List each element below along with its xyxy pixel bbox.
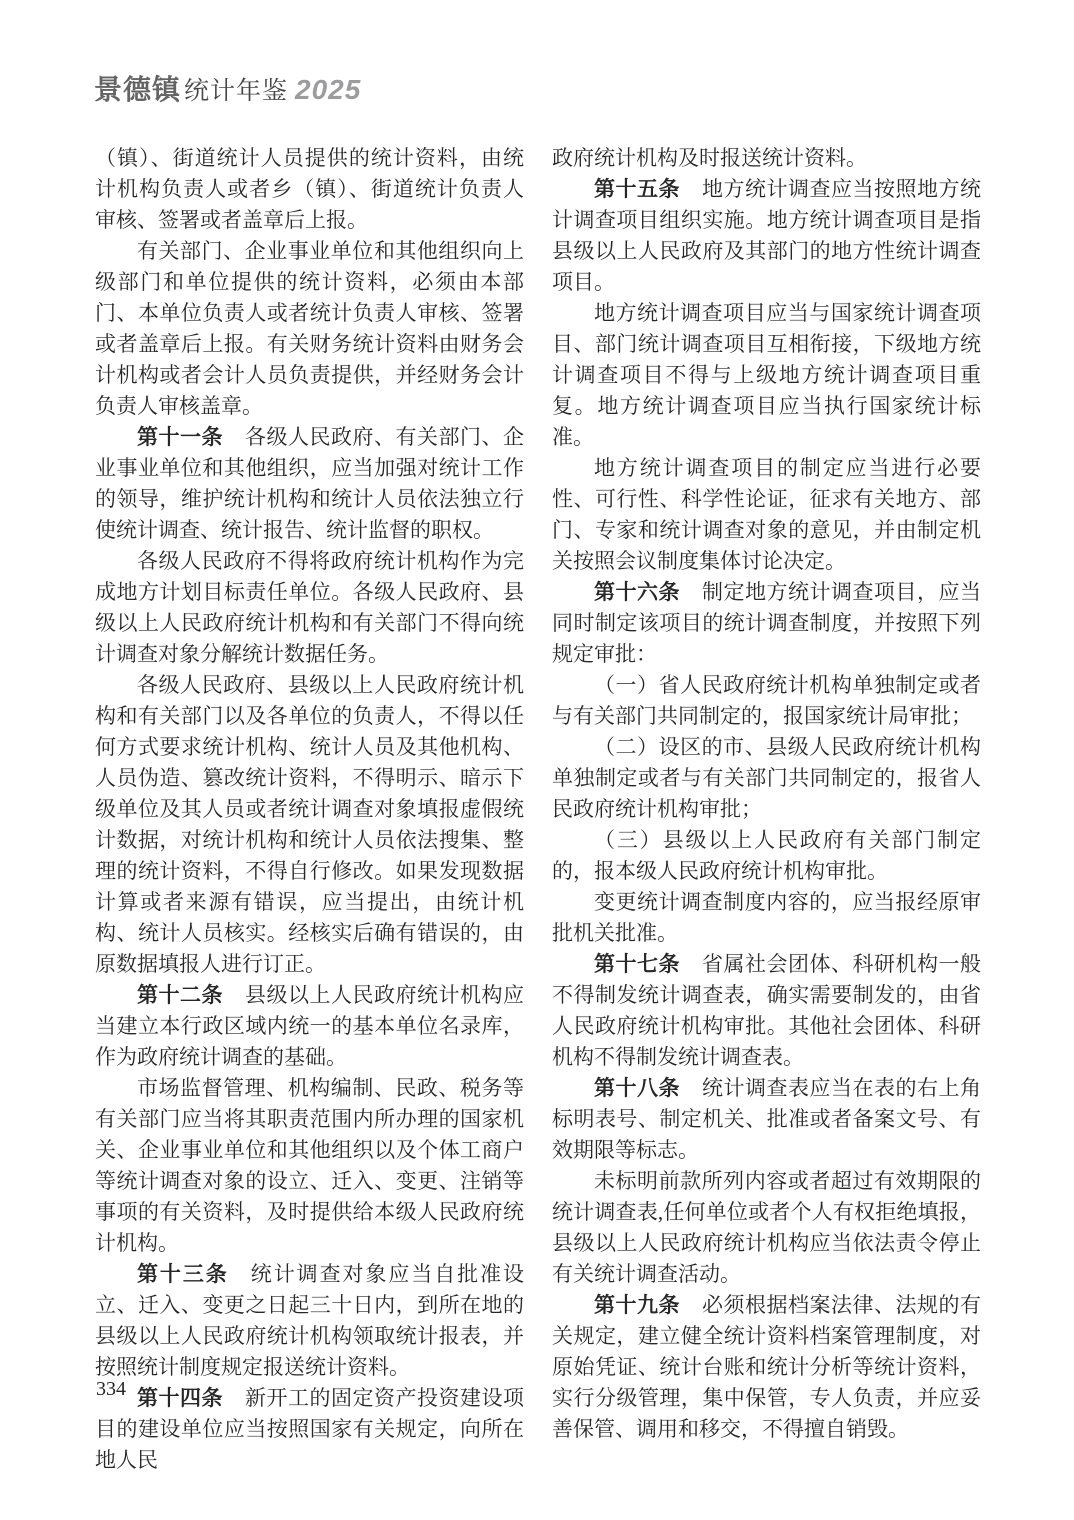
paragraph-text: 各级人民政府不得将政府统计机构作为完成地方计划目标责任单位。各级人民政府、县级以… [95, 549, 524, 666]
paragraph-text: 各级人民政府、县级以上人民政府统计机构和有关部门以及各单位的负责人，不得以任何方… [95, 673, 524, 976]
article-paragraph: 第十六条制定地方统计调查项目，应当同时制定该项目的统计调查制度，并按照下列规定审… [552, 577, 981, 670]
paragraph-text: 地方统计调查项目的制定应当进行必要性、可行性、科学性论证，征求有关地方、部门、专… [552, 456, 981, 573]
article-number: 第十八条 [594, 1076, 680, 1100]
body-paragraph: 政府统计机构及时报送统计资料。 [552, 143, 981, 174]
body-paragraph: （一）省人民政府统计机构单独制定或者与有关部门共同制定的，报国家统计局审批； [552, 670, 981, 732]
paragraph-text: （镇）、街道统计人员提供的统计资料，由统计机构负责人或者乡（镇）、街道统计负责人… [95, 146, 524, 232]
body-paragraph: 变更统计调查制度内容的，应当报经原审批机关批准。 [552, 887, 981, 949]
body-paragraph: 各级人民政府不得将政府统计机构作为完成地方计划目标责任单位。各级人民政府、县级以… [95, 546, 524, 670]
article-number: 第十四条 [137, 1386, 223, 1410]
article-number: 第十一条 [137, 425, 223, 449]
article-paragraph: 第十四条新开工的固定资产投资建设项目的建设单位应当按照国家有关规定，向所在地人民 [95, 1383, 524, 1476]
body-paragraph: 未标明前款所列内容或者超过有效期限的统计调查表,任何单位或者个人有权拒绝填报，县… [552, 1166, 981, 1290]
article-number: 第十六条 [594, 580, 680, 604]
article-paragraph: 第十三条统计调查对象应当自批准设立、迁入、变更之日起三十日内，到所在地的县级以上… [95, 1259, 524, 1383]
article-paragraph: 第十八条统计调查表应当在表的右上角标明表号、制定机关、批准或者备案文号、有效期限… [552, 1073, 981, 1166]
running-header: 景德镇 统计年鉴 2025 [94, 68, 361, 108]
paragraph-text: （三）县级以上人民政府有关部门制定的，报本级人民政府统计机构审批。 [552, 828, 981, 883]
article-paragraph: 第十九条必须根据档案法律、法规的有关规定，建立健全统计资料档案管理制度，对原始凭… [552, 1290, 981, 1445]
paragraph-text: 未标明前款所列内容或者超过有效期限的统计调查表,任何单位或者个人有权拒绝填报，县… [552, 1169, 981, 1286]
paragraph-text: 政府统计机构及时报送统计资料。 [552, 146, 867, 170]
yearbook-title: 统计年鉴 [184, 71, 288, 107]
paragraph-text: 变更统计调查制度内容的，应当报经原审批机关批准。 [552, 890, 981, 945]
article-number: 第十九条 [594, 1293, 680, 1317]
yearbook-brand: 景德镇 [94, 68, 181, 108]
article-paragraph: 第十五条地方统计调查应当按照地方统计调查项目组织实施。地方统计调查项目是指县级以… [552, 174, 981, 298]
paragraph-text: 地方统计调查项目应当与国家统计调查项目、部门统计调查项目互相衔接，下级地方统计调… [552, 301, 981, 449]
page-number: 334 [96, 1378, 126, 1401]
body-paragraph: 地方统计调查项目应当与国家统计调查项目、部门统计调查项目互相衔接，下级地方统计调… [552, 298, 981, 453]
article-number: 第十三条 [137, 1262, 229, 1286]
body-paragraph: 市场监督管理、机构编制、民政、税务等有关部门应当将其职责范围内所办理的国家机关、… [95, 1073, 524, 1259]
body-paragraph: （镇）、街道统计人员提供的统计资料，由统计机构负责人或者乡（镇）、街道统计负责人… [95, 143, 524, 236]
article-paragraph: 第十一条各级人民政府、有关部门、企业事业单位和其他组织，应当加强对统计工作的领导… [95, 422, 524, 546]
column-left: （镇）、街道统计人员提供的统计资料，由统计机构负责人或者乡（镇）、街道统计负责人… [95, 143, 524, 1476]
article-number: 第十七条 [594, 952, 680, 976]
paragraph-text: 市场监督管理、机构编制、民政、税务等有关部门应当将其职责范围内所办理的国家机关、… [95, 1076, 524, 1255]
body-paragraph: （二）设区的市、县级人民政府统计机构单独制定或者与有关部门共同制定的，报省人民政… [552, 732, 981, 825]
body-paragraph: 有关部门、企业事业单位和其他组织向上级部门和单位提供的统计资料，必须由本部门、本… [95, 236, 524, 422]
paragraph-text: 有关部门、企业事业单位和其他组织向上级部门和单位提供的统计资料，必须由本部门、本… [95, 239, 524, 418]
yearbook-year: 2025 [295, 74, 361, 106]
paragraph-text: （一）省人民政府统计机构单独制定或者与有关部门共同制定的，报国家统计局审批； [552, 673, 981, 728]
article-columns: （镇）、街道统计人员提供的统计资料，由统计机构负责人或者乡（镇）、街道统计负责人… [95, 143, 981, 1476]
article-paragraph: 第十七条省属社会团体、科研机构一般不得制发统计调查表，确实需要制发的，由省人民政… [552, 949, 981, 1073]
article-number: 第十五条 [594, 177, 680, 201]
body-paragraph: （三）县级以上人民政府有关部门制定的，报本级人民政府统计机构审批。 [552, 825, 981, 887]
body-paragraph: 地方统计调查项目的制定应当进行必要性、可行性、科学性论证，征求有关地方、部门、专… [552, 453, 981, 577]
yearbook-page: 景德镇 统计年鉴 2025 （镇）、街道统计人员提供的统计资料，由统计机构负责人… [0, 0, 1074, 1520]
column-right: 政府统计机构及时报送统计资料。第十五条地方统计调查应当按照地方统计调查项目组织实… [552, 143, 981, 1476]
body-paragraph: 各级人民政府、县级以上人民政府统计机构和有关部门以及各单位的负责人，不得以任何方… [95, 670, 524, 980]
article-number: 第十二条 [137, 983, 223, 1007]
article-paragraph: 第十二条县级以上人民政府统计机构应当建立本行政区域内统一的基本单位名录库，作为政… [95, 980, 524, 1073]
paragraph-text: （二）设区的市、县级人民政府统计机构单独制定或者与有关部门共同制定的，报省人民政… [552, 735, 981, 821]
